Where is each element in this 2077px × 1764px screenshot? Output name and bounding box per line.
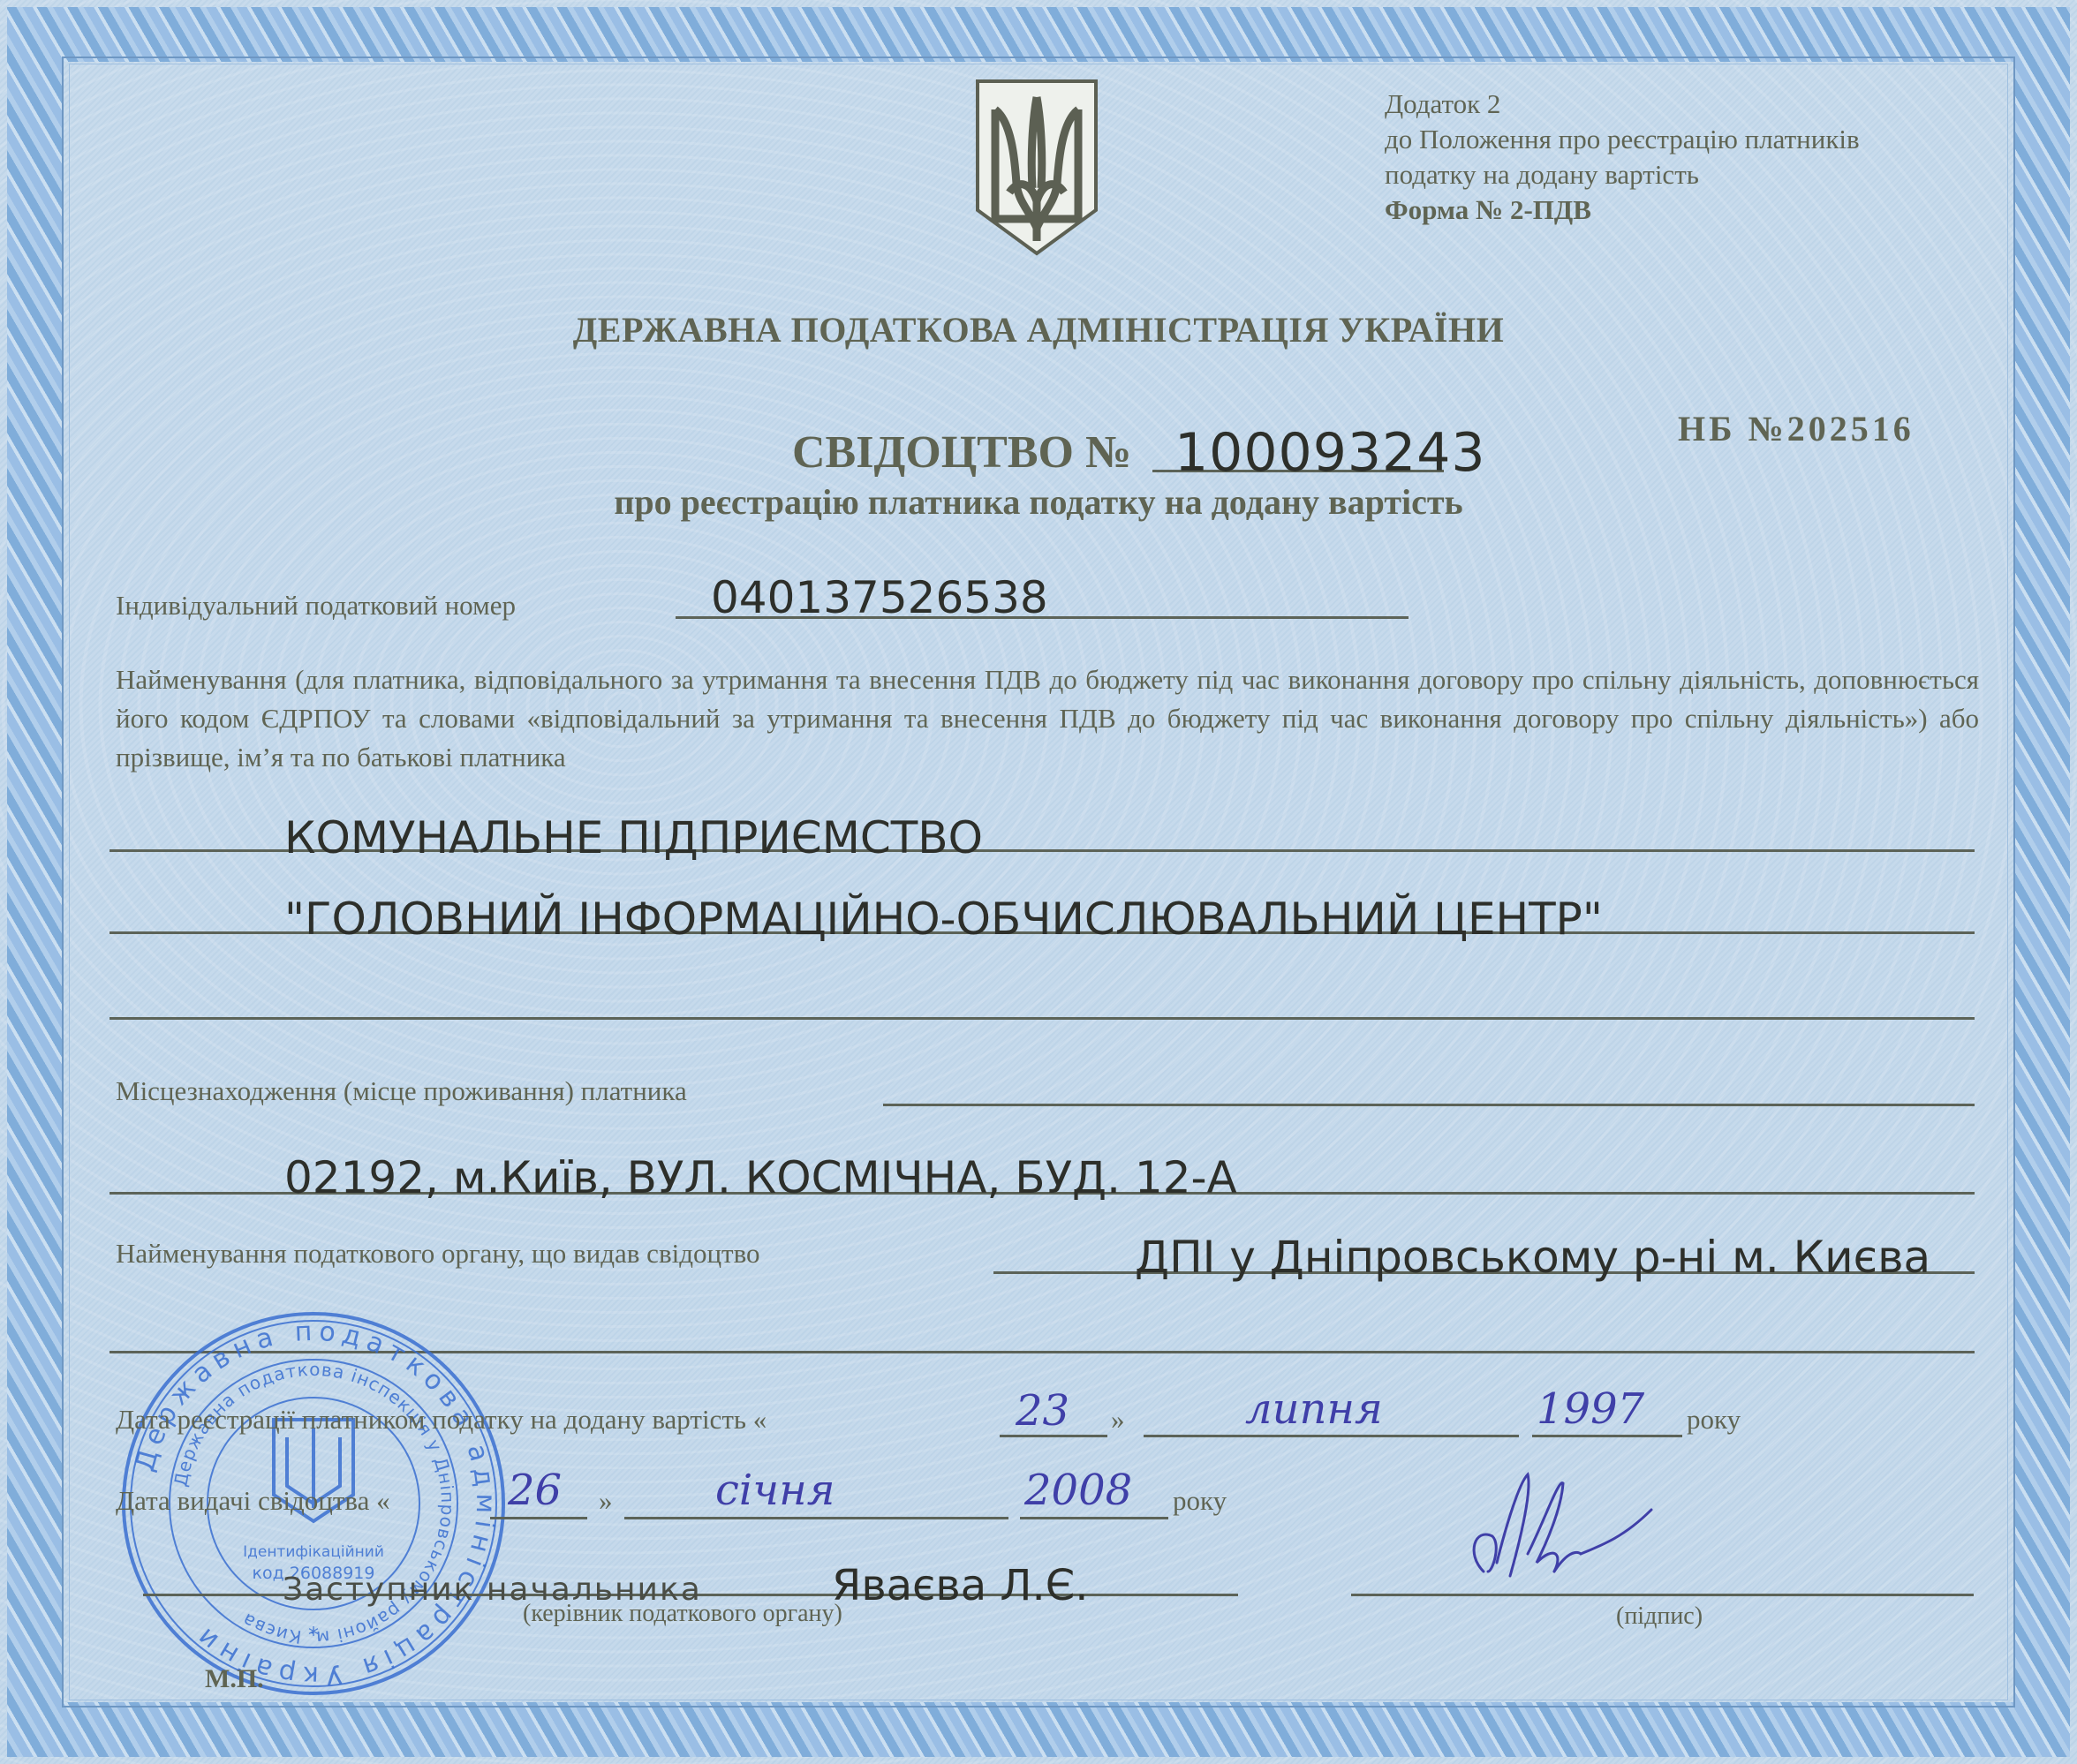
address-value: 02192, м.Київ, ВУЛ. КОСМІЧНА, БУД. 12-А — [284, 1152, 1237, 1203]
issue-year-suffix: року — [1173, 1485, 1227, 1517]
certificate-subtitle: про реєстрацію платника податку на додан… — [0, 481, 2077, 523]
issue-day-underline — [490, 1517, 587, 1519]
issue-year: 2008 — [1024, 1466, 1132, 1515]
svg-text:Ідентифікаційний: Ідентифікаційний — [243, 1543, 384, 1561]
registration-year-underline — [1532, 1435, 1682, 1437]
issue-month-underline — [624, 1517, 1008, 1519]
name-value-line1: КОМУНАЛЬНЕ ПІДПРИЄМСТВО — [284, 812, 983, 863]
name-value-line2: "ГОЛОВНИЙ ІНФОРМАЦІЙНО-ОБЧИСЛЮВАЛЬНИЙ ЦЕ… — [284, 893, 1603, 945]
signatory-name: Яваєва Л.Є. — [832, 1561, 1088, 1610]
registration-year-suffix: року — [1687, 1404, 1741, 1436]
registration-month-underline — [1144, 1435, 1519, 1437]
issue-day: 26 — [508, 1466, 562, 1515]
registration-date-label: Дата реєстрації платником податку на дод… — [116, 1404, 767, 1436]
form-number: Форма № 2-ПДВ — [1385, 192, 1860, 228]
annex-line: до Положення про реєстрацію платників — [1385, 122, 1860, 157]
issue-month: січня — [715, 1466, 835, 1515]
certificate-number: 100093243 — [1174, 422, 1486, 484]
registration-year: 1997 — [1537, 1384, 1644, 1434]
signature-underline — [1351, 1594, 1974, 1596]
registration-day: 23 — [1016, 1386, 1069, 1436]
issue-close-quote: » — [599, 1485, 613, 1517]
agency-title: ДЕРЖАВНА ПОДАТКОВА АДМІНІСТРАЦІЯ УКРАЇНИ — [0, 309, 2077, 351]
address-underline-1 — [883, 1104, 1975, 1106]
annex-line: податку на додану вартість — [1385, 157, 1860, 192]
issue-year-underline — [1020, 1517, 1168, 1519]
name-field-label: Найменування (для платника, відповідальн… — [116, 660, 1979, 777]
ukraine-trident-coat-of-arms-icon — [974, 78, 1099, 257]
registration-close-quote: » — [1111, 1404, 1125, 1436]
seal-place-label: М.П. — [205, 1664, 264, 1694]
issue-date-label: Дата видачі свідоцтва « — [116, 1485, 390, 1517]
name-underline-3 — [110, 1017, 1975, 1020]
svg-text:*: * — [308, 1623, 319, 1647]
tax-office-value: ДПІ у Дніпровському р-ні м. Києва — [1135, 1232, 1930, 1283]
tax-office-label: Найменування податкового органу, що вида… — [116, 1238, 760, 1270]
certificate-label: СВІДОЦТВО № — [792, 426, 1131, 479]
registration-month: липня — [1245, 1384, 1383, 1434]
annex-title: Додаток 2 — [1385, 87, 1860, 122]
handwritten-signature — [1448, 1457, 1731, 1589]
signatory-caption: (керівник податкового органу) — [523, 1600, 842, 1628]
tax-id-label: Індивідуальний податковий номер — [116, 590, 516, 622]
signature-caption: (підпис) — [1616, 1602, 1703, 1631]
series-number: НБ №202516 — [1678, 408, 1915, 449]
tax-id-value: 040137526538 — [711, 572, 1048, 623]
address-label: Місцезнаходження (місце проживання) плат… — [116, 1075, 687, 1107]
annex-block: Додаток 2 до Положення про реєстрацію пл… — [1385, 87, 1860, 228]
